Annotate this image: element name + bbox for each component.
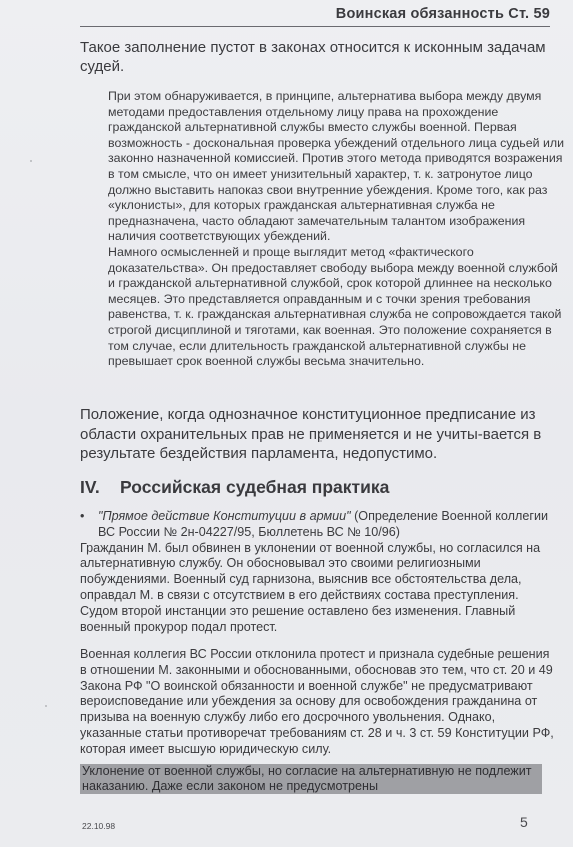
case-block: • "Прямое действие Конституции в армии" …	[80, 509, 555, 635]
case-body: Гражданин М. был обвинен в уклонении от …	[80, 541, 555, 636]
section-number: IV.	[80, 477, 120, 498]
decision-paragraph: Военная коллегия ВС России отклонила про…	[80, 647, 555, 758]
section-title: Российская судебная практика	[120, 477, 389, 498]
scan-speck	[320, 440, 322, 442]
bullet-icon: •	[80, 509, 84, 525]
case-heading: • "Прямое действие Конституции в армии" …	[80, 509, 555, 541]
scan-speck	[45, 705, 47, 707]
footer-date: 22.10.98	[82, 821, 115, 831]
highlighted-text: Уклонение от военной службы, но согласие…	[80, 764, 542, 794]
section-heading: IV. Российская судебная практика	[80, 477, 389, 498]
quote-paragraph-1: При этом обнаруживается, в принципе, аль…	[108, 89, 568, 245]
quote-paragraph-2: Намного осмысленней и проще выглядит мет…	[108, 245, 568, 370]
case-title: "Прямое действие Конституции в армии"	[98, 509, 351, 523]
header-title: Воинская обязанность Ст. 59	[336, 6, 550, 22]
statement-paragraph: Положение, когда однозначное конституцио…	[80, 405, 555, 464]
scan-speck	[30, 160, 32, 162]
intro-paragraph: Такое заполнение пустот в законах относи…	[80, 38, 550, 76]
page-number: 5	[520, 814, 528, 830]
scanned-page: Воинская обязанность Ст. 59 Такое заполн…	[0, 0, 573, 847]
indented-quote: При этом обнаруживается, в принципе, аль…	[108, 89, 568, 370]
running-header: Воинская обязанность Ст. 59	[80, 2, 550, 27]
